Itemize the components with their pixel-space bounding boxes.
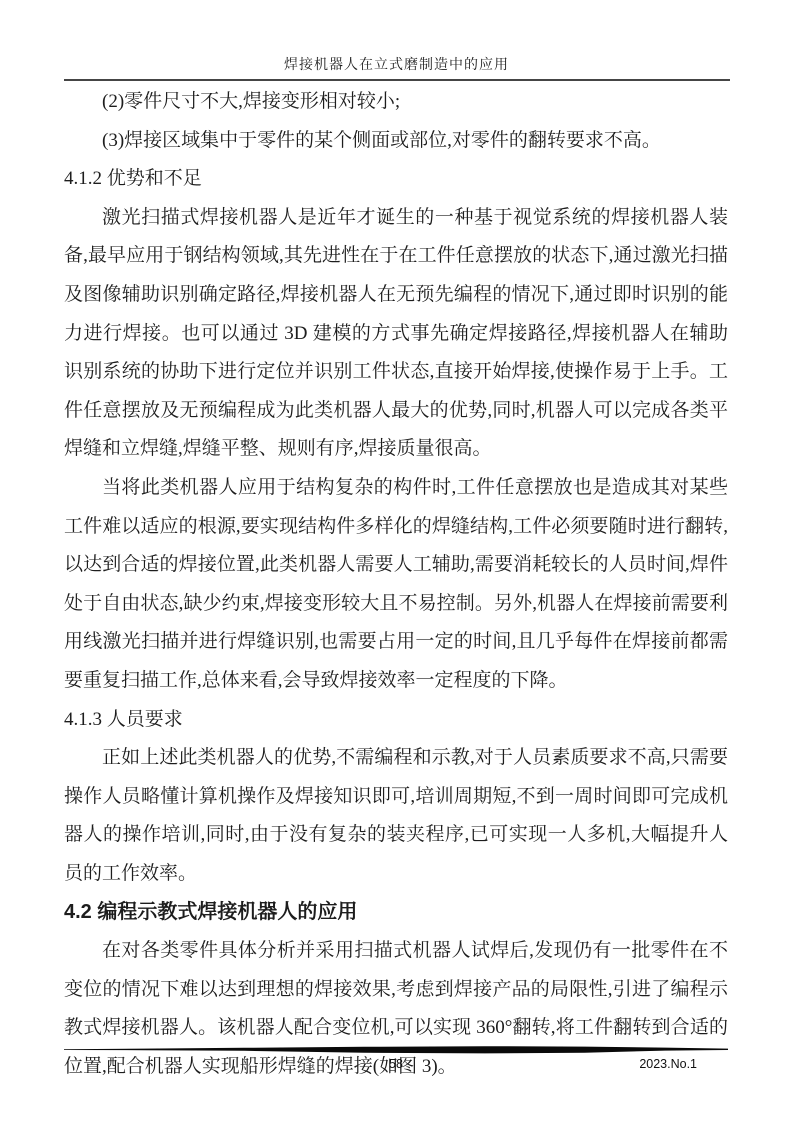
list-item-2: (2)零件尺寸不大,焊接变形相对较小;	[64, 83, 728, 122]
article-body: (2)零件尺寸不大,焊接变形相对较小; (3)焊接区域集中于零件的某个侧面或部位…	[64, 83, 728, 1086]
paragraph-advantages: 激光扫描式焊接机器人是近年才诞生的一种基于视觉系统的焊接机器人装备,最早应用于钢…	[64, 199, 728, 469]
paragraph-limitations: 当将此类机器人应用于结构复杂的构件时,工件任意摆放也是造成其对某些工件难以适应的…	[64, 469, 728, 701]
section-heading-4-1-2: 4.1.2 优势和不足	[64, 160, 728, 199]
document-page: 焊接机器人在立式磨制造中的应用 (2)零件尺寸不大,焊接变形相对较小; (3)焊…	[0, 0, 793, 1122]
section-heading-4-1-3: 4.1.3 人员要求	[64, 701, 728, 740]
paragraph-personnel-requirements: 正如上述此类机器人的优势,不需编程和示教,对于人员素质要求不高,只需要操作人员略…	[64, 739, 728, 893]
section-heading-4-2: 4.2 编程示教式焊接机器人的应用	[64, 893, 728, 932]
list-item-3: (3)焊接区域集中于零件的某个侧面或部位,对零件的翻转要求不高。	[64, 122, 728, 161]
footer: 58 2023.No.1	[64, 1057, 728, 1075]
page-number: 58	[64, 1057, 728, 1071]
header-divider	[64, 79, 730, 81]
footer-divider	[64, 1044, 728, 1056]
running-header-title: 焊接机器人在立式磨制造中的应用	[0, 54, 793, 74]
issue-label: 2023.No.1	[639, 1057, 697, 1071]
